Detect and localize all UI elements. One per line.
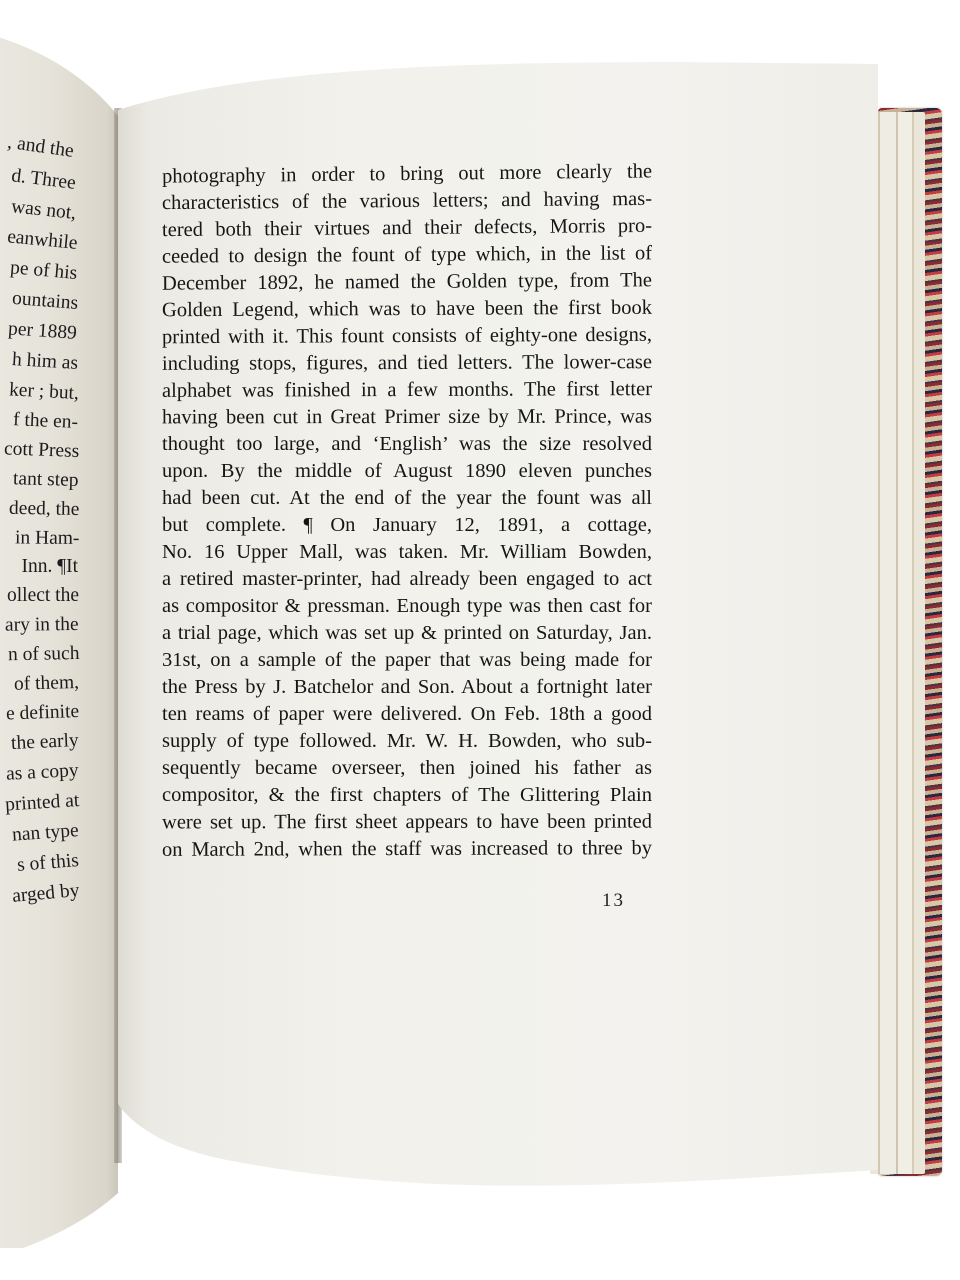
text-line: including stops, figures, and tied lette… (162, 352, 652, 374)
left-line: deed, the (8, 499, 79, 520)
text-line: upon. By the middle of August 1890 eleve… (162, 461, 652, 482)
text-line: but complete. ¶ On January 12, 1891, a c… (162, 515, 652, 536)
left-line: cott Press (3, 439, 79, 461)
left-line: f the en- (13, 410, 79, 432)
text-line: Golden Legend, which was to have been th… (162, 298, 652, 321)
left-line: ary in the (5, 615, 79, 635)
left-line: ker ; but, (9, 380, 80, 403)
text-line: supply of type followed. Mr. W. H. Bowde… (162, 731, 652, 752)
text-line: thought too large, and ‘English’ was the… (162, 434, 652, 455)
text-line: ceeded to design the fount of type which… (162, 243, 652, 267)
text-line: were set up. The first sheet appears to … (162, 812, 652, 833)
text-line: a retired master-printer, had already be… (162, 569, 652, 590)
left-line: pe of his (9, 258, 78, 283)
text-line: characteristics of the various letters; … (162, 189, 652, 214)
left-line: h him as (11, 350, 78, 373)
text-line: having been cut in Great Primer size by … (162, 407, 652, 428)
left-line: d. Three (11, 166, 78, 193)
open-book: , and the d. Three was not, eanwhile pe … (0, 0, 960, 1280)
text-line: a trial page, which was set up & printed… (162, 623, 652, 644)
left-line: in Ham- (14, 528, 79, 548)
left-line: per 1889 (8, 319, 78, 343)
text-line: tered both their virtues and their defec… (162, 216, 652, 241)
text-line: had been cut. At the end of the year the… (162, 488, 652, 509)
text-line: December 1892, he named the Golden type,… (162, 270, 652, 294)
text-line: ten reams of paper were delivered. On Fe… (162, 704, 652, 725)
left-line: Inn. ¶It (22, 557, 79, 577)
left-line: n of such (7, 644, 79, 665)
left-line: ollect the (7, 586, 79, 606)
left-line: the early (11, 731, 79, 753)
left-line: of them, (14, 673, 79, 694)
page-edges-stack (870, 112, 925, 1174)
left-line: ountains (11, 289, 78, 314)
left-line: arged by (11, 881, 80, 906)
text-line: 31st, on a sample of the paper that was … (162, 650, 652, 671)
left-line: s of this (17, 851, 80, 875)
text-line: sequently became overseer, then joined h… (162, 758, 652, 779)
text-line: printed with it. This fount consists of … (162, 325, 652, 348)
left-line: printed at (4, 791, 79, 815)
left-line: eanwhile (6, 227, 78, 253)
left-page-text: , and the d. Three was not, eanwhile pe … (0, 0, 110, 1280)
left-line: as a copy (6, 761, 79, 784)
text-line: alphabet was finished in a few months. T… (162, 379, 652, 401)
left-line: nan type (12, 821, 80, 845)
page-number: 13 (602, 890, 625, 912)
text-line: on March 2nd, when the staff was increas… (162, 838, 652, 860)
text-line: the Press by J. Batchelor and Son. About… (162, 677, 652, 698)
left-line: , and the (7, 133, 76, 162)
left-line: e definite (6, 702, 80, 724)
text-line: No. 16 Upper Mall, was taken. Mr. Willia… (162, 542, 652, 563)
left-line: tant step (13, 469, 79, 490)
text-line: as compositor & pressman. Enough type wa… (162, 596, 652, 617)
text-line: compositor, & the first chapters of The … (162, 785, 652, 806)
left-line: was not, (10, 197, 77, 223)
